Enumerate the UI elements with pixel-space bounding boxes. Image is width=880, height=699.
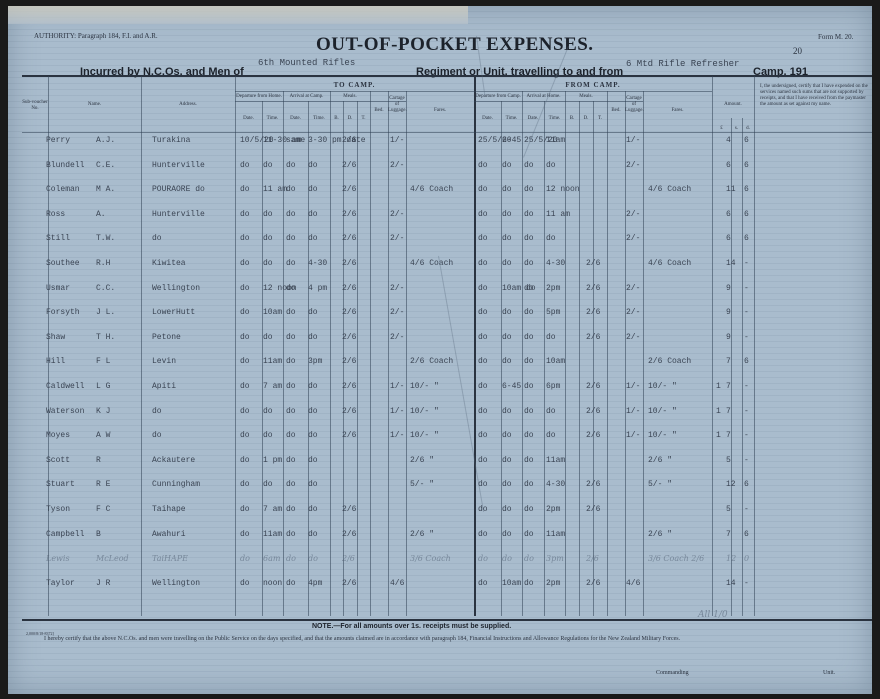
cell-to-cartage: 1/- (390, 407, 404, 416)
cell-to-arr-time: do (308, 185, 318, 194)
cell-to-fares: 10/- " (410, 407, 439, 416)
cell-fr-arr-date: do (524, 259, 534, 268)
cell-fr-arr-date: do (524, 308, 534, 317)
cell-to-dep-date: do (240, 554, 250, 563)
cell-fr-fares: 2/6 " (648, 456, 672, 465)
cell-initials: J R (96, 579, 110, 588)
table-row: WatersonK Jdododododo2/61/-10/- "dododod… (8, 407, 872, 427)
cell-amt-d: 6 (744, 480, 749, 489)
cell-amt-s: 7 (726, 357, 731, 366)
cell-fr-fares: 2/6 " (648, 530, 672, 539)
cell-surname: Campbell (46, 530, 84, 539)
cell-to-arr-time: do (308, 210, 318, 219)
col-pence: d. (742, 126, 754, 132)
cell-to-arr-time: do (308, 382, 318, 391)
cell-to-cartage: 2/- (390, 161, 404, 170)
cell-fr-dep-time: do (502, 185, 512, 194)
col-dinner: D. (343, 116, 357, 122)
cell-initials: F C (96, 505, 110, 514)
cell-fr-arr-date: do (524, 431, 534, 440)
cell-amt-d: - (744, 382, 749, 391)
col-meals-from: Meals. (565, 94, 607, 100)
cell-to-dep-date: do (240, 308, 250, 317)
cell-to-dep-date: do (240, 185, 250, 194)
cell-initials: R (96, 456, 101, 465)
cell-amt-d: - (744, 407, 749, 416)
cell-to-dep-date: do (240, 530, 250, 539)
header-subrule (235, 91, 712, 92)
cell-surname: Stuart (46, 480, 75, 489)
cell-to-cartage: 2/- (390, 284, 404, 293)
cell-fr-fares: 3/6 Coach 2/6 (648, 554, 704, 563)
cell-fr-cartage: 2/- (626, 333, 640, 342)
cell-to-arr-date: do (286, 530, 296, 539)
cell-fr-cartage: 1/- (626, 407, 640, 416)
footer-rule (22, 619, 872, 621)
cell-fr-cartage: 2/- (626, 234, 640, 243)
cell-fr-dep-date: do (478, 579, 488, 588)
cell-to-dep-date: do (240, 234, 250, 243)
cell-fr-dep-time: do (502, 480, 512, 489)
table-row: LewisMcLeodTaiHAPEdo6amdodo2/63/6 Coachd… (8, 554, 872, 574)
cell-amt-s: 14 (726, 579, 736, 588)
cell-initials: C.E. (96, 161, 115, 170)
cell-amt-l: 1 (716, 431, 721, 440)
cell-fr-arr-date: do (524, 480, 534, 489)
cell-address: Apiti (152, 382, 176, 391)
cell-initials: B (96, 530, 101, 539)
cell-fr-arr-time: 2pm (546, 579, 560, 588)
cell-fr-arr-date: do (524, 554, 534, 563)
cell-fr-arr-time: 3pm (546, 554, 564, 563)
cell-fr-dep-time: do (502, 554, 512, 563)
cell-fr-dep-date: do (478, 431, 488, 440)
col-time: Time. (501, 116, 522, 122)
cell-fr-dep-time: do (502, 530, 512, 539)
cell-address: Wellington (152, 284, 200, 293)
cell-to-meals: 2/6 (342, 357, 356, 366)
cell-to-arr-date: do (286, 382, 296, 391)
cell-to-fares: 5/- " (410, 480, 434, 489)
cell-to-arr-time: do (308, 530, 318, 539)
cell-to-dep-date: do (240, 382, 250, 391)
cell-to-dep-date: do (240, 431, 250, 440)
cell-to-dep-time: 10am (263, 308, 282, 317)
table-row: PerryA.J.Turakina10/5/2011-30 amsame3-30… (8, 136, 872, 156)
cell-address: do (152, 407, 162, 416)
cell-fr-dep-date: do (478, 161, 488, 170)
cell-fr-meals: 2/6 (586, 431, 600, 440)
cell-fr-arr-date: do (524, 284, 534, 293)
cell-to-arr-date: do (286, 210, 296, 219)
table-row: StillT.W.dododododo2/62/-dodododo2/-66 (8, 234, 872, 254)
cell-to-arr-date: do (286, 234, 296, 243)
cell-to-meals: 2/6 (342, 431, 356, 440)
cell-fr-meals: 2/6 (586, 333, 600, 342)
cell-to-arr-time: do (308, 407, 318, 416)
cell-to-dep-date: do (240, 505, 250, 514)
cell-address: Ackautere (152, 456, 195, 465)
cell-address: do (152, 234, 162, 243)
table-row: BlundellC.E.Huntervilledodododo2/62/-dod… (8, 161, 872, 181)
cell-to-dep-time: 6am (263, 554, 280, 563)
cell-fr-arr-time: do (546, 234, 556, 243)
cell-to-arr-time: do (308, 234, 318, 243)
cell-fr-dep-date: do (478, 554, 488, 563)
cell-surname: Shaw (46, 333, 65, 342)
cell-amt-d: 0 (744, 554, 749, 563)
cell-to-meals: 2/6 (342, 382, 356, 391)
cell-fr-arr-date: do (524, 357, 534, 366)
cell-fr-arr-time: 10am (546, 357, 565, 366)
cell-to-arr-time: 4 pm (308, 284, 327, 293)
cell-amt-s: 9 (726, 284, 731, 293)
cell-fr-meals: 2/6 (586, 505, 600, 514)
cell-amt-s: 11 (726, 185, 736, 194)
cell-initials: R E (96, 480, 110, 489)
cell-address: Hunterville (152, 210, 205, 219)
cell-initials: McLeod (96, 554, 129, 563)
cell-amt-s: 6 (726, 234, 731, 243)
cell-surname: Moyes (46, 431, 70, 440)
cell-fr-meals: 2/6 (586, 284, 600, 293)
cell-fr-dep-date: do (478, 382, 488, 391)
cell-to-dep-date: do (240, 579, 250, 588)
cell-fr-arr-date: do (524, 161, 534, 170)
cell-to-dep-time: do (263, 431, 273, 440)
cell-to-dep-date: do (240, 480, 250, 489)
cell-to-arr-time: do (308, 456, 318, 465)
cell-fr-meals: 2/6 (586, 308, 600, 317)
col-date: Date. (235, 116, 262, 122)
col-arrival-camp: Arrival at Camp. (283, 94, 330, 100)
cell-fr-dep-time: do (502, 161, 512, 170)
cell-fr-dep-date: do (478, 210, 488, 219)
col-tea: T. (593, 116, 607, 122)
cell-to-fares: 4/6 Coach (410, 259, 453, 268)
cell-fr-arr-time: do (546, 431, 556, 440)
cell-address: Levin (152, 357, 176, 366)
cell-address: Taihape (152, 505, 186, 514)
cell-surname: Taylor (46, 579, 75, 588)
cell-to-dep-time: 1 pm (263, 456, 282, 465)
cell-amt-s: 12 (726, 554, 736, 563)
cell-fr-fares: 4/6 Coach (648, 185, 691, 194)
cell-to-fares: 10/- " (410, 382, 439, 391)
cell-surname: Forsyth (46, 308, 80, 317)
cell-to-dep-time: noon (263, 579, 282, 588)
cell-to-dep-date: do (240, 210, 250, 219)
cell-to-cartage: 2/- (390, 308, 404, 317)
col-meals-to: Meals. (330, 94, 370, 100)
table-row: CampbellBAwahurido11amdodo2/62/6 "dododo… (8, 530, 872, 550)
cell-to-dep-date: do (240, 284, 250, 293)
cell-fr-arr-date: do (524, 505, 534, 514)
cell-surname: Blundell (46, 161, 84, 170)
cell-amt-s: 12 (726, 480, 736, 489)
cell-fr-meals: 2/6 (586, 407, 600, 416)
cell-fr-meals: 2/6 (586, 579, 600, 588)
cell-amt-s: 6 (726, 210, 731, 219)
cell-to-fares: 2/6 Coach (410, 357, 453, 366)
cell-amt-d: 6 (744, 234, 749, 243)
cell-fr-cartage: 4/6 (626, 579, 640, 588)
cell-amt-d: - (744, 333, 749, 342)
cell-to-cartage: 2/- (390, 333, 404, 342)
cell-amt-s: 5 (726, 456, 731, 465)
col-date: Date. (474, 116, 501, 122)
cell-initials: R.H (96, 259, 110, 268)
header-subrule (474, 101, 643, 102)
cell-fr-dep-time: do (502, 308, 512, 317)
table-row: RossA.Huntervilledodododo2/62/-dododo11 … (8, 210, 872, 230)
cell-fr-dep-time: do (502, 456, 512, 465)
cell-amt-s: 7 (726, 530, 731, 539)
cell-to-arr-date: do (286, 579, 296, 588)
cell-to-dep-time: 11 am (263, 185, 287, 194)
cell-to-meals: 2/6 (342, 579, 356, 588)
cell-to-meals: 2/6 (342, 136, 356, 145)
cell-to-dep-date: do (240, 407, 250, 416)
cell-initials: L G (96, 382, 110, 391)
table-row: TysonF CTaihapedo7 amdodo2/6dododo2pm2/6… (8, 505, 872, 525)
cell-to-cartage: 1/- (390, 382, 404, 391)
cell-fr-arr-time: 5pm (546, 308, 560, 317)
col-address: Address. (141, 102, 235, 108)
col-shillings: s. (731, 126, 742, 132)
col-breakfast: B. (330, 116, 343, 122)
authority-text: AUTHORITY: Paragraph 184, F.I. and A.R. (34, 32, 158, 40)
cell-amt-s: 4 (726, 136, 731, 145)
cell-surname: Scott (46, 456, 70, 465)
header-rule (22, 75, 872, 77)
table-row: UsmarC.C.Wellingtondo12 noondo4 pm2/62/-… (8, 284, 872, 304)
cell-fr-cartage: 1/- (626, 136, 640, 145)
cell-to-dep-time: do (263, 161, 273, 170)
col-departure-camp: Departure from Camp. (474, 94, 522, 100)
cell-to-dep-time: do (263, 234, 273, 243)
cell-fr-dep-time: do (502, 431, 512, 440)
cell-amt-d: 6 (744, 530, 749, 539)
cell-fr-arr-time: 11am (546, 456, 565, 465)
cell-to-arr-date: do (286, 357, 296, 366)
cell-to-meals: 2/6 (342, 210, 356, 219)
cell-to-meals: 2/6 (342, 308, 356, 317)
cell-to-dep-time: do (263, 259, 273, 268)
cell-to-dep-time: do (263, 210, 273, 219)
cell-fr-arr-time: 11 am (546, 210, 570, 219)
cell-to-arr-date: do (286, 554, 296, 563)
cell-fr-dep-time: do (502, 234, 512, 243)
cell-surname: Ross (46, 210, 65, 219)
unit-label: Unit. (823, 670, 835, 676)
cell-address: Turakina (152, 136, 190, 145)
cell-surname: Waterson (46, 407, 84, 416)
form-title: OUT-OF-POCKET EXPENSES. (316, 34, 594, 56)
receipts-note: NOTE.—For all amounts over 1s. receipts … (312, 623, 511, 630)
table-row: ScottRAckauteredo1 pmdodo2/6 "dododo11am… (8, 456, 872, 476)
cell-to-cartage: 1/- (390, 431, 404, 440)
cell-fr-meals: 2/6 (586, 480, 600, 489)
col-cartage-from: Cartage of Luggage. (625, 96, 643, 114)
table-row: TaylorJ RWellingtondonoondo4pm2/64/6do10… (8, 579, 872, 599)
table-row: ColemanM A.POURAORE dodo11 amdodo2/64/6 … (8, 185, 872, 205)
commanding-label: Commanding (656, 670, 689, 676)
cell-fr-cartage: 2/- (626, 284, 640, 293)
cell-address: Petone (152, 333, 181, 342)
table-row: ForsythJ L.LowerHuttdo10amdodo2/62/-dodo… (8, 308, 872, 328)
cell-fr-arr-date: do (524, 210, 534, 219)
cell-surname: Usmar (46, 284, 70, 293)
cell-to-meals: 2/6 (342, 185, 356, 194)
cell-to-dep-date: do (240, 259, 250, 268)
cell-surname: Southee (46, 259, 80, 268)
cell-surname: Lewis (46, 554, 70, 563)
cell-to-dep-date: do (240, 161, 250, 170)
cell-fr-arr-date: do (524, 333, 534, 342)
cell-to-meals: 2/6 (342, 259, 356, 268)
camp-value: 6 Mtd Rifle Refresher (626, 59, 739, 69)
cell-fr-dep-date: do (478, 357, 488, 366)
cell-fr-arr-date: do (524, 185, 534, 194)
header-subrule (235, 101, 406, 102)
cell-to-cartage: 4/6 (390, 579, 404, 588)
cell-fr-fares: 5/- " (648, 480, 672, 489)
cell-fr-dep-date: do (478, 333, 488, 342)
cell-fr-fares: 2/6 Coach (648, 357, 691, 366)
col-sub-voucher: Sub-voucher No. (22, 100, 48, 112)
cell-initials: A.J. (96, 136, 115, 145)
cell-fr-fares: 4/6 Coach (648, 259, 691, 268)
cell-fr-arr-time: 2pm (546, 284, 560, 293)
col-dinner: D. (579, 116, 593, 122)
cell-fr-dep-time: do (502, 210, 512, 219)
cell-fr-arr-time: do (546, 333, 556, 342)
cell-fr-arr-time: 11am (546, 136, 565, 145)
cell-fr-dep-time: do (502, 259, 512, 268)
cell-fr-cartage: 2/- (626, 161, 640, 170)
cell-to-arr-date: do (286, 407, 296, 416)
cell-to-meals: 2/6 (342, 505, 356, 514)
cell-to-dep-time: 11am (263, 530, 282, 539)
cell-address: POURAORE do (152, 185, 205, 194)
cell-initials: A W (96, 431, 110, 440)
cell-amt-s: 9 (726, 308, 731, 317)
cell-to-arr-time: 4pm (308, 579, 322, 588)
cell-amt-s: 9 (726, 333, 731, 342)
col-amount: Amount. (712, 102, 754, 108)
expense-form-sheet: AUTHORITY: Paragraph 184, F.I. and A.R. … (8, 6, 872, 694)
cell-address: Kiwitea (152, 259, 186, 268)
col-date: Date. (283, 116, 308, 122)
cell-to-arr-time: do (308, 308, 318, 317)
cell-surname: Caldwell (46, 382, 84, 391)
col-breakfast: B. (565, 116, 579, 122)
cell-to-cartage: 2/- (390, 234, 404, 243)
cell-fr-arr-time: do (546, 161, 556, 170)
cell-address: TaiHAPE (152, 554, 188, 563)
cell-amt-d: - (744, 284, 749, 293)
cell-fr-arr-date: do (524, 234, 534, 243)
cell-to-meals: 2/6 (342, 333, 356, 342)
cell-address: Cunningham (152, 480, 200, 489)
cell-fr-fares: 10/- " (648, 407, 677, 416)
cell-fr-arr-time: 11am (546, 530, 565, 539)
cell-to-arr-date: do (286, 284, 296, 293)
cell-fr-dep-time: do (502, 357, 512, 366)
cell-to-meals: 2/6 (342, 161, 356, 170)
cell-initials: C.C. (96, 284, 115, 293)
cell-fr-meals: 2/6 (586, 554, 599, 563)
table-row: ShawT H.Petonedodododo2/62/-dodododo2/62… (8, 333, 872, 353)
cell-to-arr-time: 3-30 pm date (308, 136, 366, 145)
cell-fr-cartage: 1/- (626, 431, 640, 440)
cell-fr-arr-time: 4-30 (546, 480, 565, 489)
cell-surname: Coleman (46, 185, 80, 194)
cell-to-fares: 10/- " (410, 431, 439, 440)
cell-to-arr-time: do (308, 554, 318, 563)
col-time: Time. (262, 116, 283, 122)
cell-to-dep-time: do (263, 407, 273, 416)
cell-fr-dep-date: do (478, 407, 488, 416)
cell-fr-arr-date: do (524, 407, 534, 416)
col-tea: T. (357, 116, 370, 122)
cell-to-dep-date: do (240, 333, 250, 342)
to-camp-header: TO CAMP. (235, 82, 474, 88)
cell-surname: Tyson (46, 505, 70, 514)
cell-to-cartage: 2/- (390, 210, 404, 219)
cell-to-arr-time: do (308, 431, 318, 440)
col-name: Name. (48, 102, 141, 108)
page-number: 20 (793, 46, 802, 56)
cell-amt-s: 7 (726, 431, 731, 440)
col-departure-home: Departure from Home. (235, 94, 283, 100)
cell-amt-d: 6 (744, 136, 749, 145)
cell-to-meals: 2/6 (342, 284, 356, 293)
from-camp-header: FROM CAMP. (474, 82, 712, 88)
cell-initials: F L (96, 357, 110, 366)
cell-address: Wellington (152, 579, 200, 588)
cell-fr-dep-date: do (478, 456, 488, 465)
cell-fr-dep-date: do (478, 530, 488, 539)
pencil-mark: All 1/0 (698, 610, 728, 620)
cell-initials: A. (96, 210, 106, 219)
certification-statement: I hereby certify that the above N.C.Os. … (44, 636, 680, 642)
cell-fr-dep-time: do (502, 407, 512, 416)
cell-amt-s: 6 (726, 161, 731, 170)
cell-to-fares: 3/6 Coach (410, 554, 451, 563)
cell-amt-d: - (744, 308, 749, 317)
cell-fr-dep-time: 6-45 (502, 382, 521, 391)
cell-amt-l: 1 (716, 382, 721, 391)
cell-to-fares: 2/6 " (410, 456, 434, 465)
cell-fr-arr-time: do (546, 407, 556, 416)
col-bed-from: Bed. (607, 108, 625, 114)
cell-fr-dep-date: do (478, 185, 488, 194)
col-fares-from: Fares. (643, 108, 712, 114)
cell-address: Hunterville (152, 161, 205, 170)
cell-fr-arr-time: 6pm (546, 382, 560, 391)
cell-to-arr-time: 3pm (308, 357, 322, 366)
cell-to-arr-time: 4-30 (308, 259, 327, 268)
cell-address: Awahuri (152, 530, 186, 539)
cell-fr-cartage: 1/- (626, 382, 640, 391)
cell-initials: M A. (96, 185, 115, 194)
cell-fr-arr-date: do (524, 382, 534, 391)
cell-address: do (152, 431, 162, 440)
cell-fr-fares: 10/- " (648, 382, 677, 391)
cell-fr-dep-time: do (502, 333, 512, 342)
